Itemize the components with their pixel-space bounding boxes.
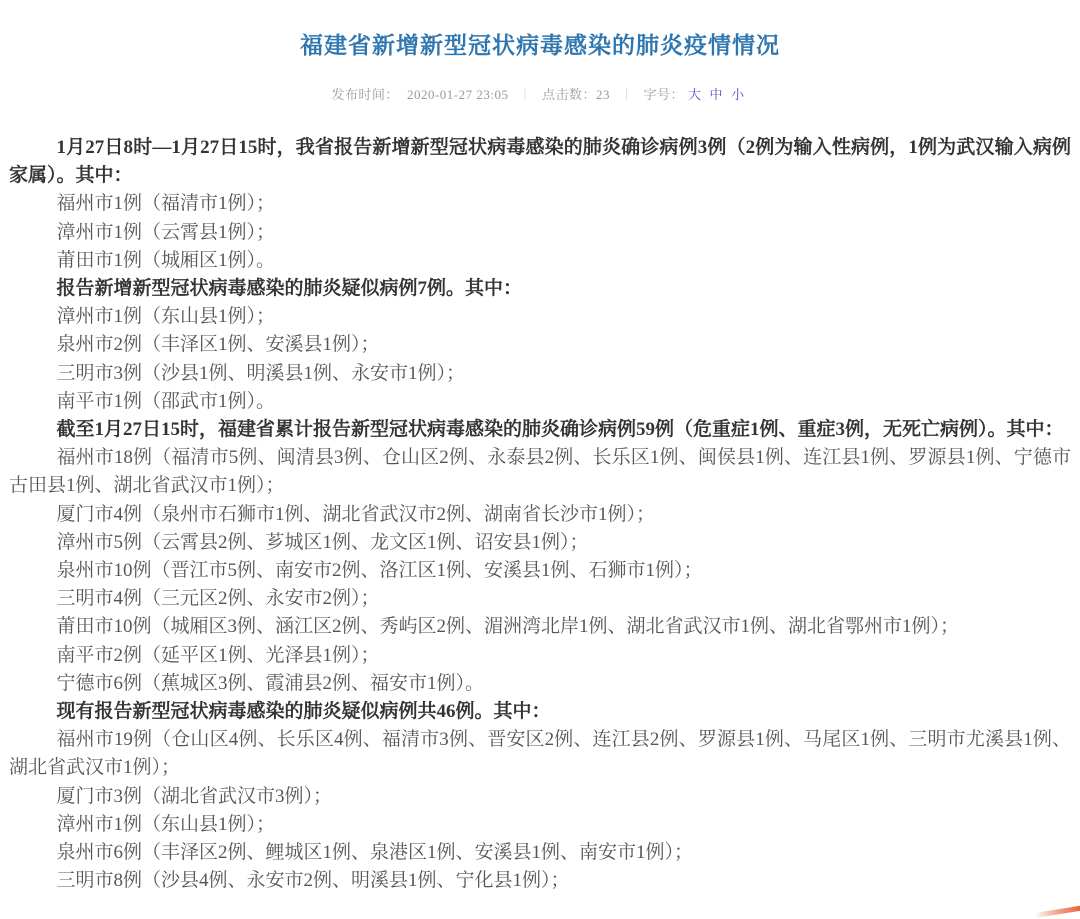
body-paragraph: 厦门市3例（湖北省武汉市3例）；: [9, 783, 1071, 811]
body-paragraph: 报告新增新型冠状病毒感染的肺炎疑似病例7例。其中：: [9, 275, 1071, 303]
font-size-medium-link[interactable]: 中: [710, 87, 724, 102]
body-paragraph: 泉州市6例（丰泽区2例、鲤城区1例、泉港区1例、安溪县1例、南安市1例）；: [9, 839, 1071, 867]
body-paragraph: 南平市2例（延平区1例、光泽县1例）；: [9, 642, 1071, 670]
body-paragraph: 漳州市1例（云霄县1例）；: [9, 219, 1071, 247]
body-paragraph: 三明市8例（沙县4例、永安市2例、明溪县1例、宁化县1例）；: [9, 867, 1071, 895]
hits-label: 点击数：: [542, 87, 596, 102]
page-title: 福建省新增新型冠状病毒感染的肺炎疫情情况: [20, 30, 1060, 62]
body-paragraph: 泉州市10例（晋江市5例、南安市2例、洛江区1例、安溪县1例、石狮市1例）；: [9, 557, 1071, 585]
body-paragraph: 南平市1例（邵武市1例）。: [9, 388, 1071, 416]
font-size-small-link[interactable]: 小: [731, 87, 745, 102]
publish-time-label: 发布时间：: [331, 87, 399, 102]
body-paragraph: 福州市1例（福清市1例）；: [9, 190, 1071, 218]
body-paragraph: 宁德市6例（蕉城区3例、霞浦县2例、福安市1例）。: [9, 670, 1071, 698]
article-body: 1月27日8时—1月27日15时，我省报告新增新型冠状病毒感染的肺炎确诊病例3例…: [0, 134, 1080, 895]
hits-value: 23: [596, 87, 610, 102]
body-paragraph: 1月27日8时—1月27日15时，我省报告新增新型冠状病毒感染的肺炎确诊病例3例…: [9, 134, 1071, 190]
body-paragraph: 漳州市1例（东山县1例）；: [9, 303, 1071, 331]
body-paragraph: 莆田市10例（城厢区3例、涵江区2例、秀屿区2例、湄洲湾北岸1例、湖北省武汉市1…: [9, 613, 1071, 641]
meta-separator: ｜: [620, 87, 634, 102]
body-paragraph: 福州市19例（仓山区4例、长乐区4例、福清市3例、晋安区2例、连江县2例、罗源县…: [9, 726, 1071, 782]
meta-bar: 发布时间：2020-01-27 23:05｜点击数：23｜字号：大中小: [0, 86, 1080, 104]
font-size-large-link[interactable]: 大: [688, 87, 702, 102]
font-size-label: 字号：: [644, 87, 685, 102]
pen-mark-artifact: [1034, 905, 1080, 918]
body-paragraph: 三明市3例（沙县1例、明溪县1例、永安市1例）；: [9, 360, 1071, 388]
body-paragraph: 福州市18例（福清市5例、闽清县3例、仓山区2例、永泰县2例、长乐区1例、闽侯县…: [9, 444, 1071, 500]
body-paragraph: 莆田市1例（城厢区1例）。: [9, 247, 1071, 275]
body-paragraph: 漳州市1例（东山县1例）；: [9, 811, 1071, 839]
body-paragraph: 漳州市5例（云霄县2例、芗城区1例、龙文区1例、诏安县1例）；: [9, 529, 1071, 557]
article-page: 福建省新增新型冠状病毒感染的肺炎疫情情况 发布时间：2020-01-27 23:…: [0, 0, 1080, 919]
body-paragraph: 泉州市2例（丰泽区1例、安溪县1例）；: [9, 331, 1071, 359]
body-paragraph: 厦门市4例（泉州市石狮市1例、湖北省武汉市2例、湖南省长沙市1例）；: [9, 501, 1071, 529]
body-paragraph: 现有报告新型冠状病毒感染的肺炎疑似病例共46例。其中：: [9, 698, 1071, 726]
body-paragraph: 截至1月27日15时，福建省累计报告新型冠状病毒感染的肺炎确诊病例59例（危重症…: [9, 416, 1071, 444]
publish-time-value: 2020-01-27 23:05: [407, 87, 509, 102]
meta-separator: ｜: [518, 87, 532, 102]
body-paragraph: 三明市4例（三元区2例、永安市2例）；: [9, 585, 1071, 613]
